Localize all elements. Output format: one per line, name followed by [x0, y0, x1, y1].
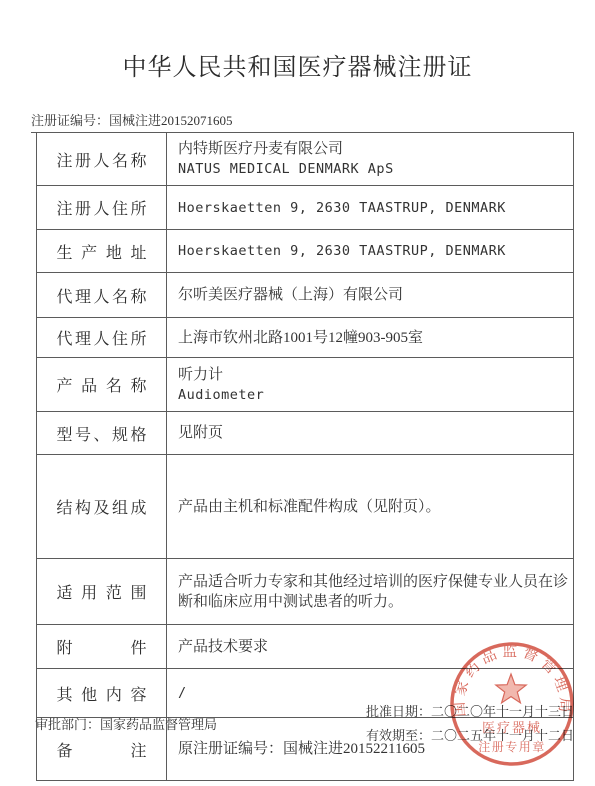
row-value-cell: Hoerskaetten 9, 2630 TAASTRUP, DENMARK	[167, 230, 574, 273]
row-value-line: Hoerskaetten 9, 2630 TAASTRUP, DENMARK	[178, 198, 569, 218]
approval-date-line: 批准日期：二〇二〇年十一月十三日	[366, 703, 574, 720]
cert-number-label: 注册证编号：	[31, 113, 109, 128]
row-value-line: 听力计	[178, 365, 569, 385]
page-title: 中华人民共和国医疗器械注册证	[0, 47, 595, 82]
row-label: 代理人名称	[57, 284, 147, 307]
row-label-cell: 型号、规格	[37, 412, 167, 455]
approval-date-label: 批准日期：	[366, 704, 431, 719]
row-value-cell: 见附页	[167, 412, 574, 455]
row-value-line: 产品由主机和标准配件构成（见附页）。	[178, 497, 569, 517]
row-label: 其他内容	[57, 682, 147, 705]
row-label-cell: 结构及组成	[37, 455, 167, 559]
valid-until-line: 有效期至：二〇二五年十一月十二日	[366, 727, 574, 744]
table-row: 注册人名称内特斯医疗丹麦有限公司NATUS MEDICAL DENMARK Ap…	[37, 133, 574, 186]
row-label-cell: 注册人住所	[37, 186, 167, 230]
approval-department-label: 审批部门：	[35, 717, 100, 732]
valid-until-value: 二〇二五年十一月十二日	[431, 728, 574, 743]
row-label: 备注	[57, 738, 147, 761]
row-label-cell: 代理人名称	[37, 273, 167, 318]
row-value-cell: Hoerskaetten 9, 2630 TAASTRUP, DENMARK	[167, 186, 574, 230]
row-value-line: 尔听美医疗器械（上海）有限公司	[178, 285, 569, 305]
row-label-cell: 生产地址	[37, 230, 167, 273]
row-value-cell: 产品技术要求	[167, 625, 574, 669]
table-row: 代理人名称尔听美医疗器械（上海）有限公司	[37, 273, 574, 318]
row-value-line: NATUS MEDICAL DENMARK ApS	[178, 159, 569, 179]
row-label: 结构及组成	[57, 495, 147, 518]
date-block: 批准日期：二〇二〇年十一月十三日 有效期至：二〇二五年十一月十二日	[366, 703, 574, 751]
row-label-cell: 适用范围	[37, 559, 167, 625]
row-label-cell: 产品名称	[37, 358, 167, 412]
table-row: 代理人住所上海市钦州北路1001号12幢903-905室	[37, 318, 574, 358]
row-label: 附件	[57, 635, 147, 658]
table-row: 结构及组成产品由主机和标准配件构成（见附页）。	[37, 455, 574, 559]
row-label: 产品名称	[57, 373, 147, 396]
row-value-cell: 上海市钦州北路1001号12幢903-905室	[167, 318, 574, 358]
table-row: 生产地址Hoerskaetten 9, 2630 TAASTRUP, DENMA…	[37, 230, 574, 273]
row-label-cell: 其他内容	[37, 669, 167, 718]
row-label: 注册人住所	[57, 196, 147, 219]
approval-department-value: 国家药品监督管理局	[100, 717, 217, 732]
table-row: 型号、规格见附页	[37, 412, 574, 455]
row-value-line: 产品适合听力专家和其他经过培训的医疗保健专业人员在诊断和临床应用中测试患者的听力…	[178, 572, 569, 612]
row-label: 型号、规格	[57, 422, 147, 445]
cert-number-value: 国械注进20152071605	[109, 113, 233, 128]
row-value-line: Audiometer	[178, 385, 569, 405]
row-label: 代理人住所	[57, 326, 147, 349]
cert-number-line: 注册证编号：国械注进20152071605	[31, 110, 233, 133]
row-label: 生产地址	[57, 240, 147, 263]
row-label-cell: 附件	[37, 625, 167, 669]
row-value-line: /	[178, 683, 569, 703]
row-value-line: 上海市钦州北路1001号12幢903-905室	[178, 328, 569, 348]
certificate-table: 注册人名称内特斯医疗丹麦有限公司NATUS MEDICAL DENMARK Ap…	[36, 132, 574, 781]
row-value-cell: 尔听美医疗器械（上海）有限公司	[167, 273, 574, 318]
row-value-line: 内特斯医疗丹麦有限公司	[178, 139, 569, 159]
row-value-line: Hoerskaetten 9, 2630 TAASTRUP, DENMARK	[178, 241, 569, 261]
table-row: 附件产品技术要求	[37, 625, 574, 669]
row-label: 适用范围	[57, 580, 147, 603]
row-value-line: 见附页	[178, 423, 569, 443]
approval-date-value: 二〇二〇年十一月十三日	[431, 704, 574, 719]
row-value-cell: 产品由主机和标准配件构成（见附页）。	[167, 455, 574, 559]
row-value-cell: 内特斯医疗丹麦有限公司NATUS MEDICAL DENMARK ApS	[167, 133, 574, 186]
row-value-cell: 听力计Audiometer	[167, 358, 574, 412]
table-row: 注册人住所Hoerskaetten 9, 2630 TAASTRUP, DENM…	[37, 186, 574, 230]
row-value-cell: 产品适合听力专家和其他经过培训的医疗保健专业人员在诊断和临床应用中测试患者的听力…	[167, 559, 574, 625]
approval-department-line: 审批部门：国家药品监督管理局	[35, 714, 217, 733]
row-label-cell: 代理人住所	[37, 318, 167, 358]
valid-until-label: 有效期至：	[366, 728, 431, 743]
row-label-cell: 注册人名称	[37, 133, 167, 186]
certificate-page: 中华人民共和国医疗器械注册证 注册证编号：国械注进20152071605 注册人…	[0, 0, 595, 786]
table-row: 产品名称听力计Audiometer	[37, 358, 574, 412]
row-value-line: 产品技术要求	[178, 637, 569, 657]
row-label: 注册人名称	[57, 148, 147, 171]
table-row: 适用范围产品适合听力专家和其他经过培训的医疗保健专业人员在诊断和临床应用中测试患…	[37, 559, 574, 625]
